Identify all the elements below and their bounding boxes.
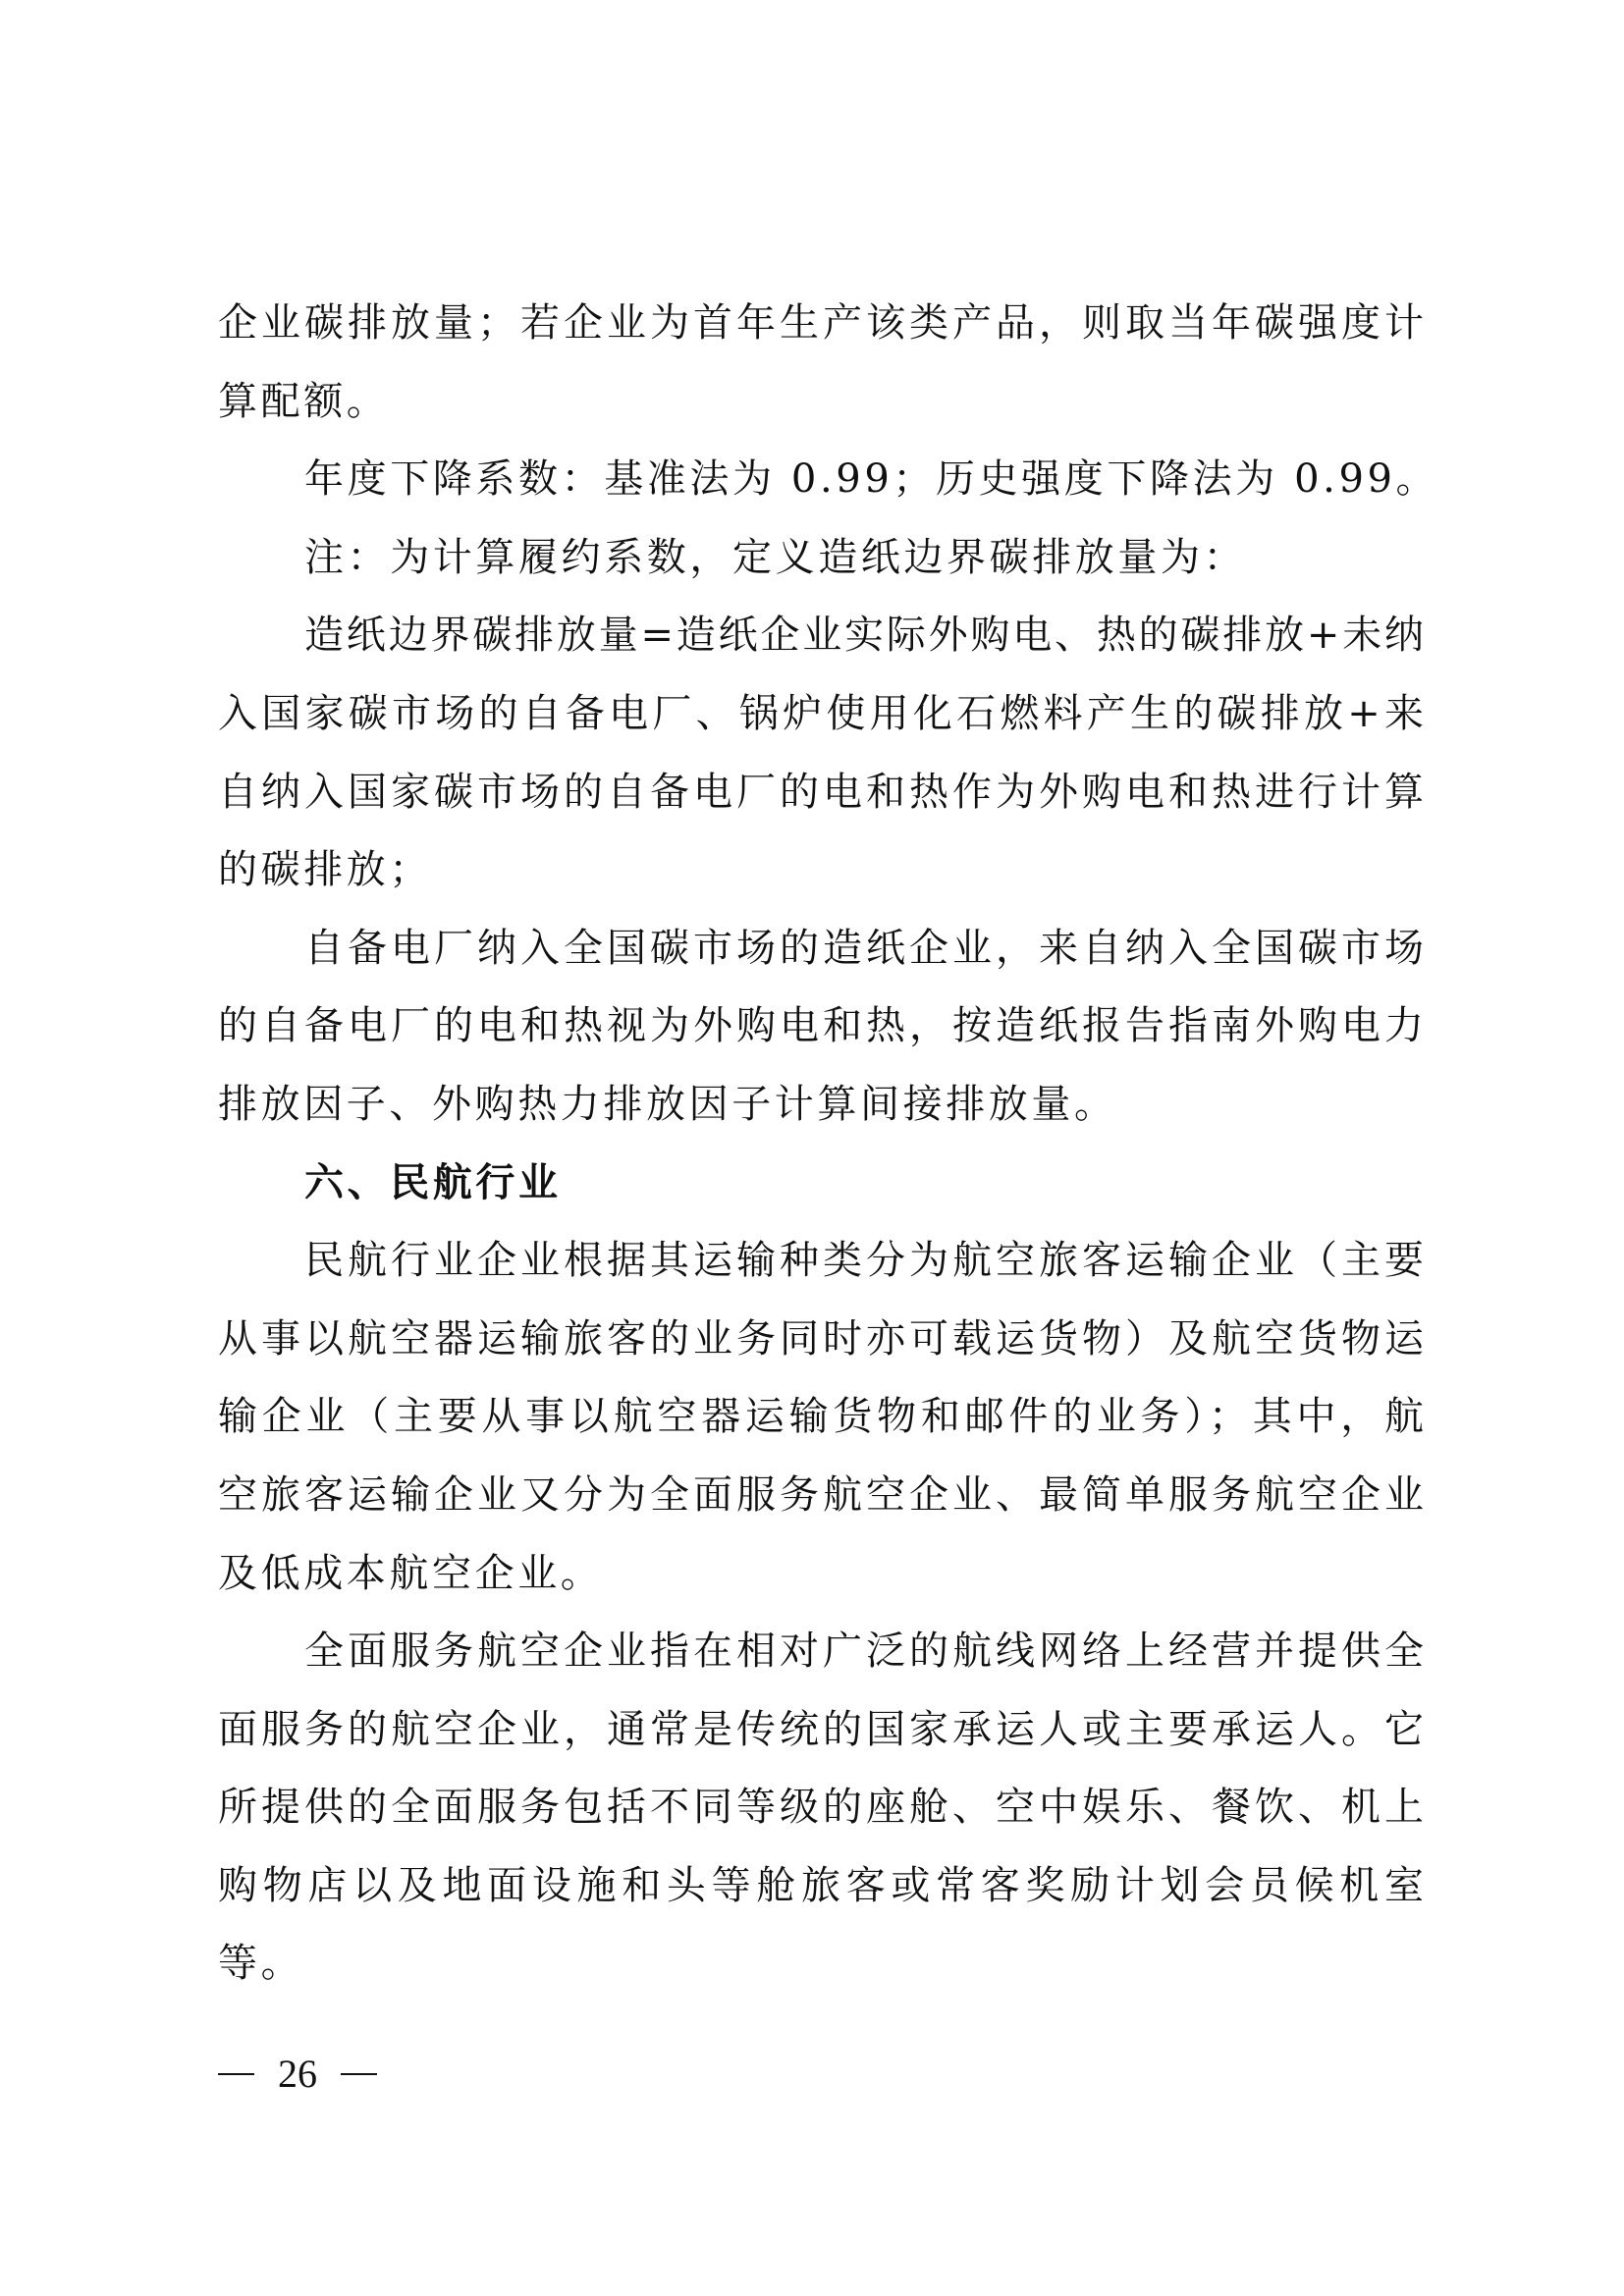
document-page: 企业碳排放量；若企业为首年生产该类产品，则取当年碳强度计 算配额。 年度下降系数… <box>0 0 1624 2296</box>
text-line: 的碳排放； <box>218 831 1424 910</box>
paragraph-aviation-categories: 民航行业企业根据其运输种类分为航空旅客运输企业（主要 从事以航空器运输旅客的业务… <box>218 1222 1424 1613</box>
page-number-value: 26 <box>278 2052 317 2097</box>
text-line: 造纸边界碳排放量=造纸企业实际外购电、热的碳排放+未纳 <box>218 597 1424 675</box>
text-line: 及低成本航空企业。 <box>218 1535 1424 1614</box>
text-line: 注：为计算履约系数，定义造纸边界碳排放量为： <box>218 519 1424 598</box>
dash-right-decoration <box>341 2073 377 2075</box>
text-line: 算配额。 <box>218 363 1424 442</box>
text-line: 自纳入国家碳市场的自备电厂的电和热作为外购电和热进行计算 <box>218 754 1424 832</box>
paragraph-note: 注：为计算履约系数，定义造纸边界碳排放量为： <box>218 519 1424 598</box>
text-line: 面服务的航空企业，通常是传统的国家承运人或主要承运人。它 <box>218 1691 1424 1770</box>
text-line: 从事以航空器运输旅客的业务同时亦可载运货物）及航空货物运 <box>218 1301 1424 1379</box>
paragraph-decline-coefficient: 年度下降系数：基准法为 0.99；历史强度下降法为 0.99。 <box>218 441 1424 519</box>
text-line: 年度下降系数：基准法为 0.99；历史强度下降法为 0.99。 <box>218 441 1424 519</box>
text-line: 所提供的全面服务包括不同等级的座舱、空中娱乐、餐饮、机上 <box>218 1769 1424 1847</box>
page-number: 26 <box>218 2052 377 2097</box>
dash-left-decoration <box>218 2073 254 2075</box>
paragraph-continuation: 企业碳排放量；若企业为首年生产该类产品，则取当年碳强度计 算配额。 <box>218 285 1424 441</box>
text-line: 全面服务航空企业指在相对广泛的航线网络上经营并提供全 <box>218 1613 1424 1691</box>
text-line: 的自备电厂的电和热视为外购电和热，按造纸报告指南外购电力 <box>218 988 1424 1066</box>
text-line: 空旅客运输企业又分为全面服务航空企业、最简单服务航空企业 <box>218 1457 1424 1535</box>
text-line: 排放因子、外购热力排放因子计算间接排放量。 <box>218 1066 1424 1145</box>
text-line: 购物店以及地面设施和头等舱旅客或常客奖励计划会员候机室 <box>218 1847 1424 1926</box>
paragraph-self-owned-plants: 自备电厂纳入全国碳市场的造纸企业，来自纳入全国碳市场 的自备电厂的电和热视为外购… <box>218 910 1424 1145</box>
text-line: 输企业（主要从事以航空器运输货物和邮件的业务）；其中，航 <box>218 1378 1424 1457</box>
paragraph-full-service-airlines: 全面服务航空企业指在相对广泛的航线网络上经营并提供全 面服务的航空企业，通常是传… <box>218 1613 1424 2003</box>
paragraph-boundary-emission-formula: 造纸边界碳排放量=造纸企业实际外购电、热的碳排放+未纳 入国家碳市场的自备电厂、… <box>218 597 1424 909</box>
body-text: 企业碳排放量；若企业为首年生产该类产品，则取当年碳强度计 算配额。 年度下降系数… <box>218 285 1424 2003</box>
text-line: 自备电厂纳入全国碳市场的造纸企业，来自纳入全国碳市场 <box>218 910 1424 988</box>
text-line: 等。 <box>218 1925 1424 2003</box>
text-line: 企业碳排放量；若企业为首年生产该类产品，则取当年碳强度计 <box>218 285 1424 363</box>
section-heading: 六、民航行业 <box>218 1145 1424 1223</box>
text-line: 民航行业企业根据其运输种类分为航空旅客运输企业（主要 <box>218 1222 1424 1301</box>
text-line: 入国家碳市场的自备电厂、锅炉使用化石燃料产生的碳排放+来 <box>218 675 1424 754</box>
